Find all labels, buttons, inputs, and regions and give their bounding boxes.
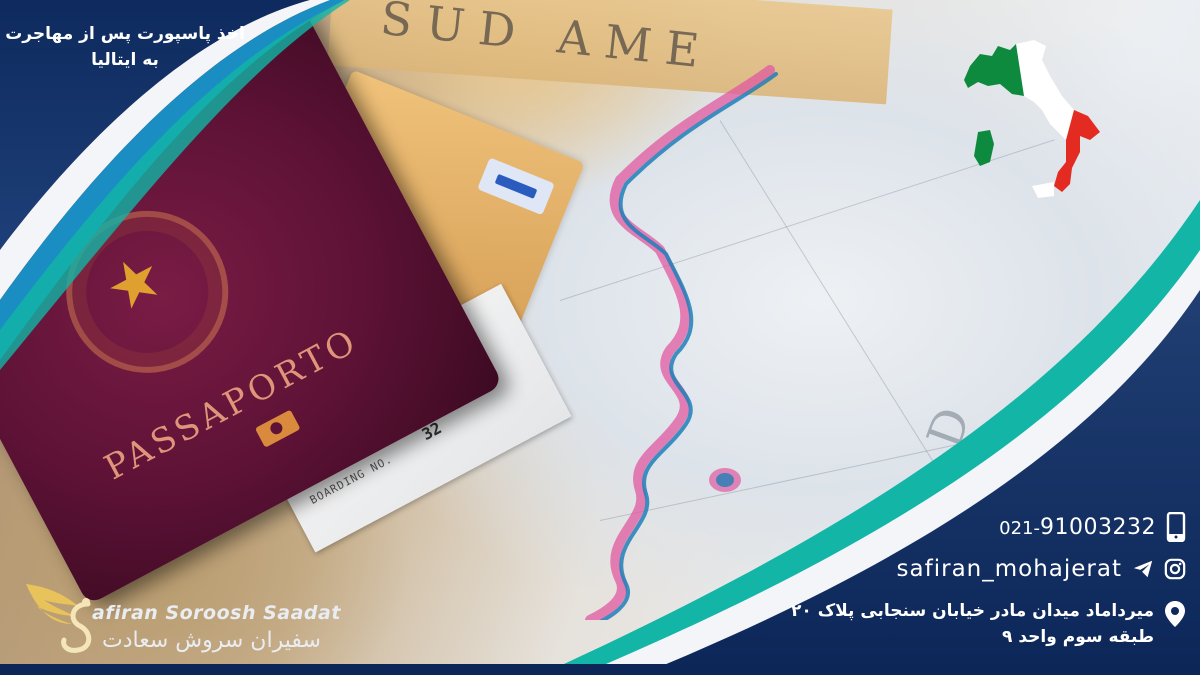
- banner: SUD AME D DEPARTURE TIME 23:25 BOARDING …: [0, 0, 1200, 675]
- brand-name-en: afiran Soroosh Saadat: [92, 602, 341, 624]
- phone-digits: 91003232: [1040, 515, 1156, 540]
- location-pin-icon: [1164, 600, 1186, 628]
- page-subtitle: به ایتالیا: [0, 50, 250, 70]
- instagram-icon[interactable]: [1164, 558, 1186, 580]
- social-handle[interactable]: safiran_mohajerat: [897, 556, 1122, 582]
- telegram-icon[interactable]: [1132, 558, 1154, 580]
- page-title: اخذ پاسپورت پس از مهاجرت: [0, 24, 250, 44]
- address-line-1: میرداماد میدان مادر خیابان سنجابی پلاک ۲…: [791, 598, 1154, 624]
- brand-logo[interactable]: afiran Soroosh Saadat سفیران سروش سعادت: [22, 574, 302, 666]
- address-contact: میرداماد میدان مادر خیابان سنجابی پلاک ۲…: [791, 598, 1186, 650]
- phone-number[interactable]: 021-91003232: [999, 515, 1156, 540]
- brand-name-fa: سفیران سروش سعادت: [102, 628, 321, 653]
- mobile-phone-icon: [1166, 512, 1186, 542]
- address-line-2: طبقه سوم واحد ۹: [791, 624, 1154, 650]
- italy-flag-map-icon: [950, 36, 1100, 206]
- phone-contact[interactable]: 021-91003232: [999, 512, 1186, 542]
- address-text: میرداماد میدان مادر خیابان سنجابی پلاک ۲…: [791, 598, 1154, 650]
- social-contact[interactable]: safiran_mohajerat: [897, 556, 1186, 582]
- phone-prefix: 021-: [999, 518, 1040, 539]
